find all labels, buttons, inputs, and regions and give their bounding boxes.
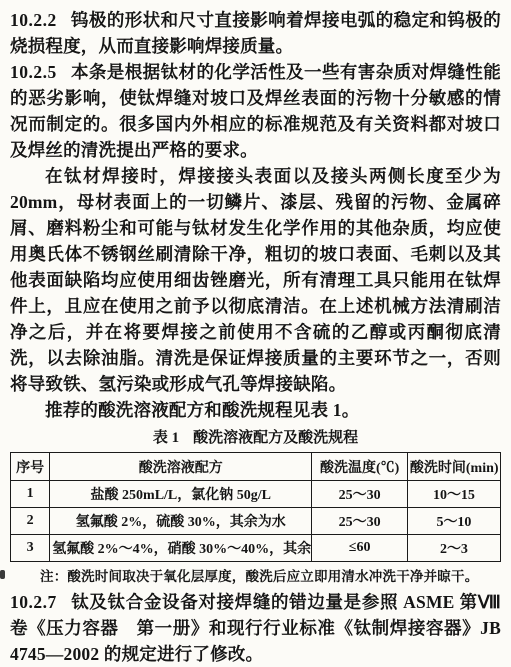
table-cell: ≤60 [312, 535, 408, 562]
section-10-2-7: 10.2.7钛及钛合金设备对接焊缝的错边量是参照 ASME 第Ⅷ卷《压力容器 第… [10, 589, 501, 667]
table-cell: 2～3 [407, 535, 500, 562]
table-cell: 氢氟酸 2%，硫酸 30%，其余为水 [50, 508, 312, 535]
section-text: 本条是根据钛材的化学活性及一些有害杂质对焊缝性能的恶劣影响，使钛焊缝对坡口及焊丝… [10, 62, 501, 160]
scan-artifact [0, 570, 5, 579]
table-cell: 盐酸 250mL/L，氯化钠 50g/L [50, 481, 312, 508]
table-cell: 25～30 [312, 481, 408, 508]
table-cell: 10～15 [407, 481, 500, 508]
table-cell: 氢氟酸 2%～4%，硝酸 30%～40%，其余为水 [50, 535, 312, 562]
table-label: 表 1 [153, 430, 179, 446]
table-header-row: 序号 酸洗溶液配方 酸洗温度(℃) 酸洗时间(min) [11, 453, 501, 481]
section-number: 10.2.7 [10, 592, 57, 612]
paragraph-welding-cleaning: 在钛材焊接时，焊接接头表面以及接头两侧长度至少为20mm，母材表面上的一切鳞片、… [10, 163, 501, 397]
header-serial-no: 序号 [11, 453, 50, 481]
table-cell: 3 [11, 535, 50, 562]
document-page: 10.2.2钨极的形状和尺寸直接影响着焊接电弧的稳定和钨极的烧损程度，从而直接影… [0, 0, 511, 667]
table-note: 注：酸洗时间取决于氧化层厚度，酸洗后应立即用清水冲洗干净并晾干。 [10, 567, 501, 586]
paragraph-recommend-table: 推荐的酸洗溶液配方和酸洗规程见表 1。 [10, 397, 501, 423]
table-cell: 1 [11, 481, 50, 508]
table-cell: 2 [11, 508, 50, 535]
acid-wash-table: 序号 酸洗溶液配方 酸洗温度(℃) 酸洗时间(min) 1 盐酸 250mL/L… [10, 452, 501, 562]
section-number: 10.2.2 [10, 10, 57, 30]
header-time: 酸洗时间(min) [407, 453, 500, 481]
section-number: 10.2.5 [10, 62, 57, 82]
table-title-text: 酸洗溶液配方及酸洗规程 [193, 430, 358, 446]
section-10-2-2: 10.2.2钨极的形状和尺寸直接影响着焊接电弧的稳定和钨极的烧损程度，从而直接影… [10, 7, 501, 59]
table-row: 3 氢氟酸 2%～4%，硝酸 30%～40%，其余为水 ≤60 2～3 [11, 535, 501, 562]
table-row: 1 盐酸 250mL/L，氯化钠 50g/L 25～30 10～15 [11, 481, 501, 508]
header-temperature: 酸洗温度(℃) [312, 453, 408, 481]
section-10-2-5: 10.2.5本条是根据钛材的化学活性及一些有害杂质对焊缝性能的恶劣影响，使钛焊缝… [10, 59, 501, 163]
table-caption: 表 1酸洗溶液配方及酸洗规程 [10, 428, 501, 448]
section-text: 钛及钛合金设备对接焊缝的错边量是参照 ASME 第Ⅷ卷《压力容器 第一册》和现行… [10, 592, 501, 664]
table-row: 2 氢氟酸 2%，硫酸 30%，其余为水 25～30 5～10 [11, 508, 501, 535]
header-solution-formula: 酸洗溶液配方 [50, 453, 312, 481]
table-cell: 5～10 [407, 508, 500, 535]
section-text: 钨极的形状和尺寸直接影响着焊接电弧的稳定和钨极的烧损程度，从而直接影响焊接质量。 [10, 10, 501, 56]
table-cell: 25～30 [312, 508, 408, 535]
